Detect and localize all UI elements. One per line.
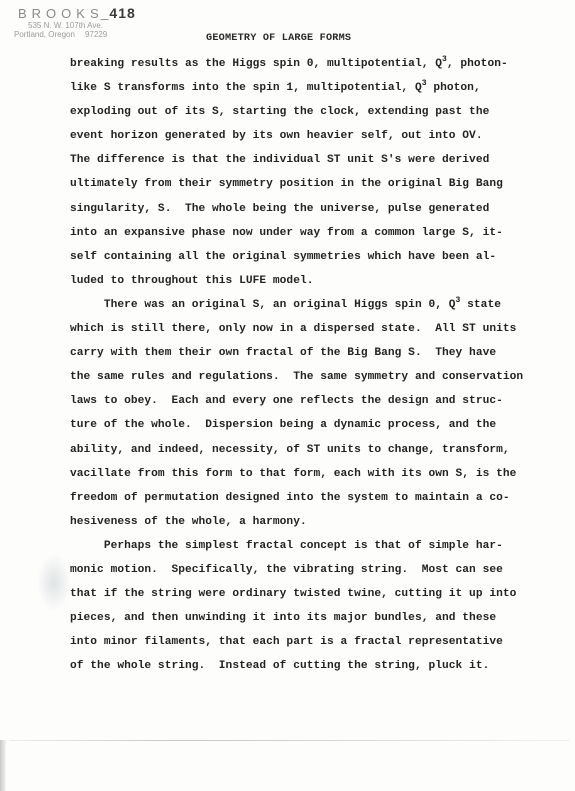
text-segment: , photon- xyxy=(447,58,508,70)
text-segment: event horizon generated by its own heavi… xyxy=(70,130,483,142)
text-segment: ture of the whole. Dispersion being a dy… xyxy=(70,419,496,431)
page-edge-shadow xyxy=(0,740,6,791)
text-line: carry with them their own fractal of the… xyxy=(70,341,570,365)
text-line: into minor filaments, that each part is … xyxy=(70,630,570,654)
text-line: vacillate from this form to that form, e… xyxy=(70,462,570,486)
text-line: luded to throughout this LUFE model. xyxy=(70,269,570,293)
letterhead: BROOKS_418 535 N. W. 107th Ave. Portland… xyxy=(18,6,136,40)
text-segment: state xyxy=(460,299,501,311)
text-line: The difference is that the individual ST… xyxy=(70,148,570,172)
text-segment: photon, xyxy=(427,82,481,94)
text-segment: which is still there, only now in a disp… xyxy=(70,323,516,335)
text-line: which is still there, only now in a disp… xyxy=(70,317,570,341)
text-segment: There was an original S, an original Hig… xyxy=(70,299,456,311)
text-segment: monic motion. Specifically, the vibratin… xyxy=(70,564,503,576)
text-segment: singularity, S. The whole being the univ… xyxy=(70,203,489,215)
text-segment: laws to obey. Each and every one reflect… xyxy=(70,395,503,407)
text-segment: into minor filaments, that each part is … xyxy=(70,636,503,648)
text-line: exploding out of its S, starting the clo… xyxy=(70,100,570,124)
text-segment: self containing all the original symmetr… xyxy=(70,251,496,263)
text-line: ultimately from their symmetry position … xyxy=(70,172,570,196)
text-segment: the same rules and regulations. The same… xyxy=(70,371,523,383)
text-segment: carry with them their own fractal of the… xyxy=(70,347,496,359)
text-line: breaking results as the Higgs spin 0, mu… xyxy=(70,52,570,76)
letterhead-city: Portland, Oregon xyxy=(14,30,75,39)
handwritten-page-number: _418 xyxy=(101,5,136,21)
text-segment: like S transforms into the spin 1, multi… xyxy=(70,82,422,94)
scan-smudge xyxy=(38,555,70,610)
text-segment: of the whole string. Instead of cutting … xyxy=(70,660,489,672)
text-segment: exploding out of its S, starting the clo… xyxy=(70,106,489,118)
text-line: laws to obey. Each and every one reflect… xyxy=(70,389,570,413)
text-segment: pieces, and then unwinding it into its m… xyxy=(70,612,496,624)
text-segment: breaking results as the Higgs spin 0, mu… xyxy=(70,58,442,70)
document-title: GEOMETRY OF LARGE FORMS xyxy=(206,33,351,44)
page-fold-line xyxy=(10,740,570,741)
letterhead-address: 535 N. W. 107th Ave. xyxy=(28,21,136,30)
text-line: freedom of permutation designed into the… xyxy=(70,486,570,510)
text-line: hesiveness of the whole, a harmony. xyxy=(70,510,570,534)
letterhead-name-line: BROOKS_418 xyxy=(18,6,136,21)
text-line: There was an original S, an original Hig… xyxy=(70,293,570,317)
text-line: the same rules and regulations. The same… xyxy=(70,365,570,389)
text-line: Perhaps the simplest fractal concept is … xyxy=(70,534,570,558)
text-line: ture of the whole. Dispersion being a dy… xyxy=(70,413,570,437)
text-line: monic motion. Specifically, the vibratin… xyxy=(70,558,570,582)
text-segment: ultimately from their symmetry position … xyxy=(70,178,503,190)
text-segment: ability, and indeed, necessity, of ST un… xyxy=(70,444,510,456)
text-segment: that if the string were ordinary twisted… xyxy=(70,588,516,600)
letterhead-name: BROOKS xyxy=(18,6,104,21)
text-line: like S transforms into the spin 1, multi… xyxy=(70,76,570,100)
text-segment: hesiveness of the whole, a harmony. xyxy=(70,516,307,528)
document-body: breaking results as the Higgs spin 0, mu… xyxy=(70,52,570,678)
text-segment: The difference is that the individual ST… xyxy=(70,154,489,166)
text-line: event horizon generated by its own heavi… xyxy=(70,124,570,148)
scanned-page: BROOKS_418 535 N. W. 107th Ave. Portland… xyxy=(0,0,575,791)
text-segment: vacillate from this form to that form, e… xyxy=(70,468,516,480)
text-line: singularity, S. The whole being the univ… xyxy=(70,197,570,221)
text-line: self containing all the original symmetr… xyxy=(70,245,570,269)
text-segment: into an expansive phase now under way fr… xyxy=(70,227,503,239)
text-line: of the whole string. Instead of cutting … xyxy=(70,654,570,678)
text-line: pieces, and then unwinding it into its m… xyxy=(70,606,570,630)
text-segment: freedom of permutation designed into the… xyxy=(70,492,510,504)
letterhead-zip: 97229 xyxy=(85,30,107,39)
letterhead-city-line: Portland, Oregon97229 xyxy=(14,30,136,40)
text-line: into an expansive phase now under way fr… xyxy=(70,221,570,245)
text-segment: Perhaps the simplest fractal concept is … xyxy=(70,540,503,552)
text-line: that if the string were ordinary twisted… xyxy=(70,582,570,606)
text-line: ability, and indeed, necessity, of ST un… xyxy=(70,438,570,462)
text-segment: luded to throughout this LUFE model. xyxy=(70,275,314,287)
